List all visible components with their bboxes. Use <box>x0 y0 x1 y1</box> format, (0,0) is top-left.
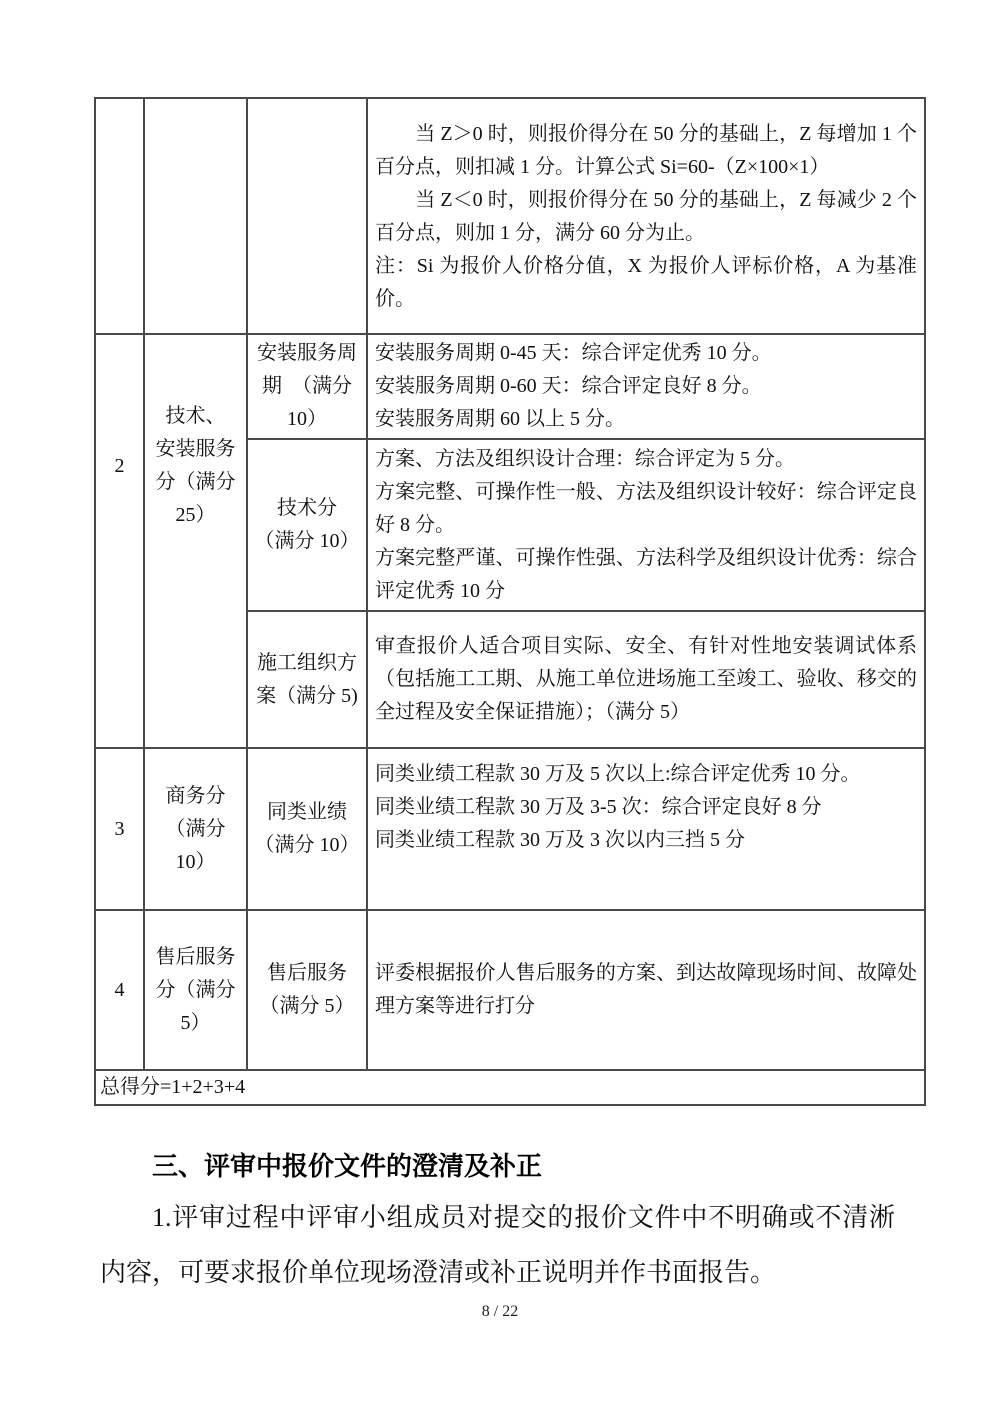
evaluation-score-table: 当 Z＞0 时，则报价得分在 50 分的基础上，Z 每增加 1 个百分点，则扣减… <box>94 97 926 1106</box>
total-score-formula-cell: 总得分=1+2+3+4 <box>95 1070 925 1105</box>
empty-cell <box>144 98 247 334</box>
seq-cell-2: 2 <box>95 334 144 748</box>
empty-cell <box>247 98 367 334</box>
table-row-price-continued: 当 Z＞0 时，则报价得分在 50 分的基础上，Z 每增加 1 个百分点，则扣减… <box>95 98 925 334</box>
table-row-technical-install-period: 2 技术、 安装服务 分（满分 25） 安装服务周 期 （满分 10） 安装服务… <box>95 334 925 439</box>
document-page: 当 Z＞0 时，则报价得分在 50 分的基础上，Z 每增加 1 个百分点，则扣减… <box>0 0 1000 1414</box>
category-cell-commercial: 商务分 （满分 10） <box>144 748 247 910</box>
table-row-total-score: 总得分=1+2+3+4 <box>95 1070 925 1105</box>
category-cell-after-sales: 售后服务 分（满分 5） <box>144 910 247 1070</box>
page-number: 8 / 22 <box>0 1300 1000 1324</box>
seq-cell-4: 4 <box>95 910 144 1070</box>
seq-cell-3: 3 <box>95 748 144 910</box>
category-cell-technical: 技术、 安装服务 分（满分 25） <box>144 334 247 748</box>
similar-performance-rules-cell: 同类业绩工程款 30 万及 5 次以上:综合评定优秀 10 分。 同类业绩工程款… <box>367 748 925 910</box>
criteria-cell-after-sales: 售后服务 （满分 5） <box>247 910 367 1070</box>
empty-cell <box>95 98 144 334</box>
after-sales-rules-cell: 评委根据报价人售后服务的方案、到达故障现场时间、故障处理方案等进行打分 <box>367 910 925 1070</box>
criteria-cell-technical-score: 技术分 （满分 10） <box>247 439 367 611</box>
criteria-cell-construction-plan: 施工组织方 案（满分 5) <box>247 611 367 748</box>
table-row-commercial: 3 商务分 （满分 10） 同类业绩 （满分 10） 同类业绩工程款 30 万及… <box>95 748 925 910</box>
price-score-rules-cell: 当 Z＞0 时，则报价得分在 50 分的基础上，Z 每增加 1 个百分点，则扣减… <box>367 98 925 334</box>
criteria-cell-similar-performance: 同类业绩 （满分 10） <box>247 748 367 910</box>
criteria-cell-install-period: 安装服务周 期 （满分 10） <box>247 334 367 439</box>
construction-plan-rules-cell: 审查报价人适合项目实际、安全、有针对性地安装调试体系（包括施工工期、从施工单位进… <box>367 611 925 748</box>
technical-score-rules-cell: 方案、方法及组织设计合理：综合评定为 5 分。 方案完整、可操作性一般、方法及组… <box>367 439 925 611</box>
install-period-rules-cell: 安装服务周期 0-45 天：综合评定优秀 10 分。 安装服务周期 0-60 天… <box>367 334 925 439</box>
table-row-after-sales: 4 售后服务 分（满分 5） 售后服务 （满分 5） 评委根据报价人售后服务的方… <box>95 910 925 1070</box>
body-paragraph: 1.评审过程中评审小组成员对提交的报价文件中不明确或不清淅内容，可要求报价单位现… <box>100 1190 895 1300</box>
section-heading: 三、评审中报价文件的澄清及补正 <box>152 1150 852 1182</box>
